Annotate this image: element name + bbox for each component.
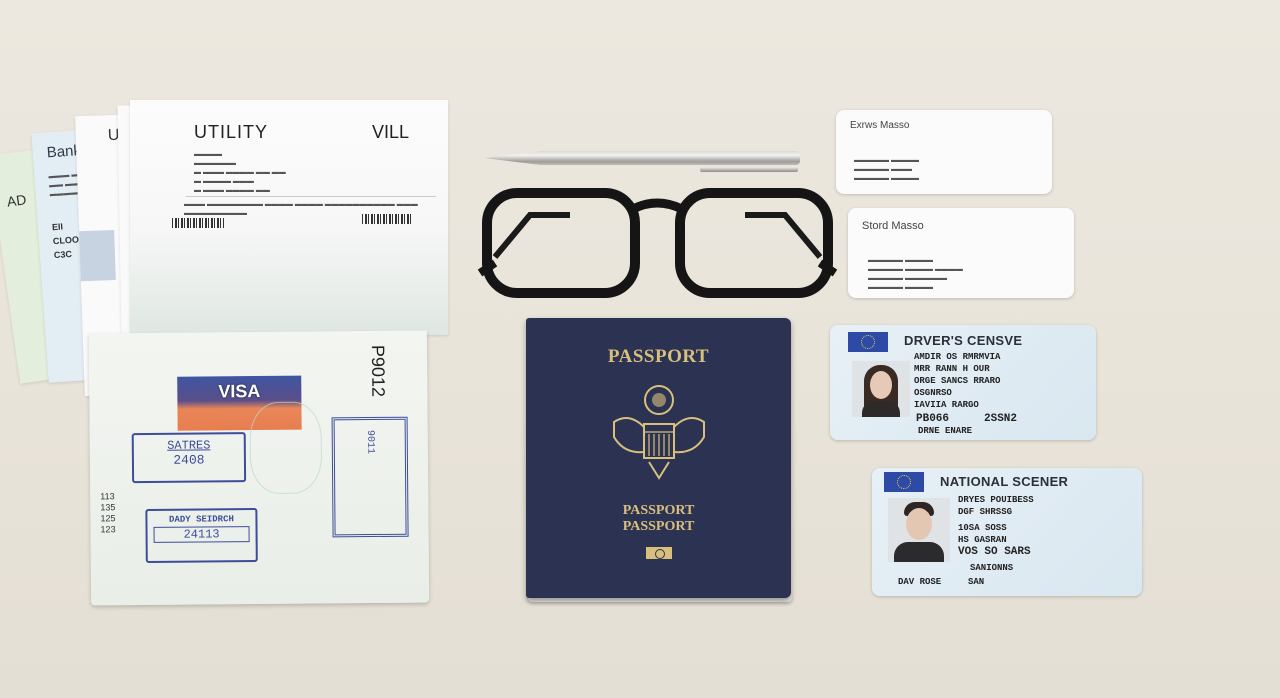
biometric-chip-icon [646, 547, 672, 559]
national-id-fields: DRYES POUIBESS DGF SHRSSG 10SA SOSS HS G… [958, 494, 1034, 558]
margin-number: 135 [100, 502, 115, 512]
entry-stamp: SATRES 2408 [132, 432, 246, 483]
business-card-2: Stord Masso ▬▬▬▬▬ ▬▬▬▬▬▬▬▬▬ ▬▬▬▬ ▬▬▬▬▬▬▬… [848, 208, 1074, 298]
stamp-title: SATRES [134, 438, 244, 453]
eyeglasses-icon [475, 185, 840, 300]
watermark [249, 401, 322, 494]
id-footer-name: DAV ROSE [898, 576, 941, 588]
license-number: PB066 [916, 413, 949, 425]
margin-number: 125 [100, 513, 115, 523]
passport-visa-page: P9012 VISA SATRES 2408 DADY SEIDRCH 2411… [89, 331, 429, 606]
id-line: VOS SO SARS [958, 546, 1034, 558]
eu-flag-icon [884, 472, 924, 492]
barcode [172, 218, 224, 228]
id-line: DRYES POUIBESS [958, 494, 1034, 506]
id-line: 10SA SOSS [958, 522, 1034, 534]
stamp-number: 2408 [134, 452, 244, 468]
id-footer-code: SAN [968, 576, 984, 588]
margin-numbers: 113 135 125 123 [100, 491, 114, 535]
page-number: P9012 [367, 345, 388, 397]
business-card-1: Exrws Masso ▬▬▬▬▬ ▬▬▬▬▬▬▬▬▬ ▬▬▬▬▬▬▬▬ ▬▬▬… [836, 110, 1052, 194]
license-fields: AMDIR OS RMRMVIA MRR RANN H OUR ORGE SAN… [914, 351, 1000, 411]
passport-cover: PASSPORT PASSPORT PASSPORT [526, 318, 791, 598]
national-id-title: NATIONAL SCENER [940, 474, 1068, 489]
national-id-photo [888, 498, 950, 562]
eagle-seal-icon [604, 382, 714, 482]
license-line: AMDIR OS RMRMVIA [914, 351, 1000, 363]
vertical-stamp: 9011 [332, 417, 409, 538]
utility-bill-title: UTILITY [194, 122, 268, 143]
margin-number: 113 [100, 491, 114, 501]
address-document-label: AD [6, 191, 27, 210]
utility-bill-title-right: VILL [372, 122, 409, 143]
license-line: ORGE SANCS RRARO [914, 375, 1000, 387]
license-title: DRVER'S CENSVE [904, 333, 1022, 348]
margin-number: 123 [100, 524, 115, 534]
barcode [362, 214, 412, 224]
license-footer: DRNE ENARE [918, 425, 972, 437]
exit-stamp: DADY SEIDRCH 24113 [145, 508, 257, 563]
passport-subtitle-1: PASSPORT [526, 503, 791, 519]
utility-bill: UTILITY VILL ▬▬▬▬▬▬▬▬▬▬▬ ▬▬▬ ▬▬▬▬ ▬▬ ▬▬▬… [130, 100, 448, 335]
license-code: 2SSN2 [984, 413, 1017, 425]
license-photo [852, 361, 910, 417]
card-title: Exrws Masso [850, 120, 909, 131]
license-line: OSGNRSO [914, 387, 1000, 399]
pen-clip [700, 167, 798, 172]
license-line: MRR RANN H OUR [914, 363, 1000, 375]
license-line: IAVIIA RARGO [914, 399, 1000, 411]
stamp-number: 24113 [154, 526, 250, 543]
drivers-license: DRVER'S CENSVE AMDIR OS RMRMVIA MRR RANN… [830, 325, 1096, 440]
stamp-title: DADY SEIDRCH [147, 514, 255, 525]
card-title: Stord Masso [862, 220, 924, 232]
id-footer: SANIONNS [970, 562, 1013, 574]
passport-subtitle-2: PASSPORT [526, 519, 791, 535]
national-id-card: NATIONAL SCENER DRYES POUIBESS DGF SHRSS… [872, 468, 1142, 596]
pen [484, 151, 800, 165]
stamp-text: 9011 [364, 430, 375, 454]
passport-title: PASSPORT [526, 346, 791, 368]
visa-label: VISA [177, 381, 301, 403]
id-line: DGF SHRSSG [958, 506, 1034, 518]
eu-flag-icon [848, 332, 888, 352]
id-line: HS GASRAN [958, 534, 1034, 546]
